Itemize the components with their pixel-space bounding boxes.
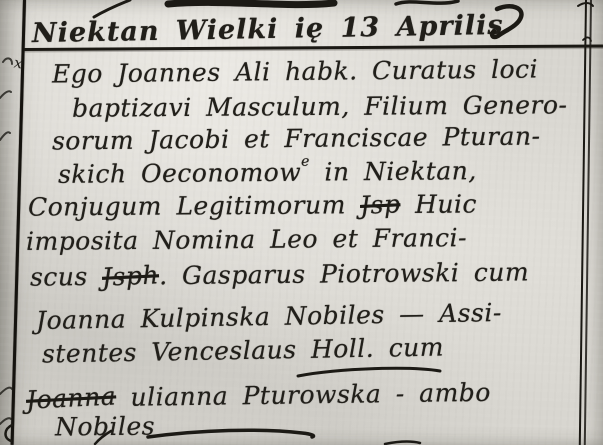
manuscript-line-1: Ego Joannes Ali habk. Curatus loci — [52, 54, 538, 88]
closing-dash-flourish — [148, 430, 314, 437]
line-7-text: scus — [30, 262, 103, 292]
manuscript-line-10: Joanna ulianna Pturowska - ambo — [26, 378, 491, 413]
manuscript-line-7: scus Jsph. Gasparus Piotrowski cum — [30, 257, 529, 291]
manuscript-line-4: skich Oeconomowe in Niektan, — [58, 156, 477, 189]
entry-header-place-date: Niektan Wielki ię 13 Aprilis — [32, 10, 504, 49]
line-5-text: Conjugum Legitimorum — [28, 190, 360, 221]
superscript-abbreviation: e — [301, 153, 310, 169]
manuscript-line-5: Conjugum Legitimorum Jsp Huic — [28, 189, 477, 221]
manuscript-line-11: Nobiles — [55, 412, 155, 442]
line-4-text: skich Oeconomow — [58, 158, 301, 189]
manuscript-line-3: sorum Jacobi et Franciscae Pturan- — [52, 121, 541, 155]
top-edge-cutoff-diagonal — [94, 0, 130, 17]
manuscript-line-9: stentes Venceslaus Holl. cum — [42, 332, 444, 368]
strikeover-line — [298, 368, 440, 376]
top-edge-cutoff-squiggle — [396, 1, 458, 4]
struck-word: Joanna — [25, 381, 116, 414]
line-10-text-end: ulianna Pturowska - ambo — [116, 378, 491, 412]
struck-word: Jsp — [360, 189, 402, 220]
edge-strokes — [0, 58, 12, 424]
manuscript-line-8: Joanna Kulpinska Nobiles — Assi- — [36, 298, 502, 335]
top-edge-cutoff-stroke — [168, 2, 334, 4]
line-7-text-end: . Gasparus Piotrowski cum — [159, 257, 529, 290]
line-5-text-end: Huic — [401, 189, 478, 219]
struck-word: Jsph — [102, 260, 160, 292]
manuscript-line-6: imposita Nomina Leo et Franci- — [26, 223, 467, 256]
line-4-text-end: in Niektan, — [310, 156, 477, 186]
manuscript-scan: Niektan Wielki ię 13 Aprilis x Ego Joann… — [0, 0, 603, 445]
manuscript-line-2: baptizavi Masculum, Filium Genero- — [72, 90, 568, 122]
